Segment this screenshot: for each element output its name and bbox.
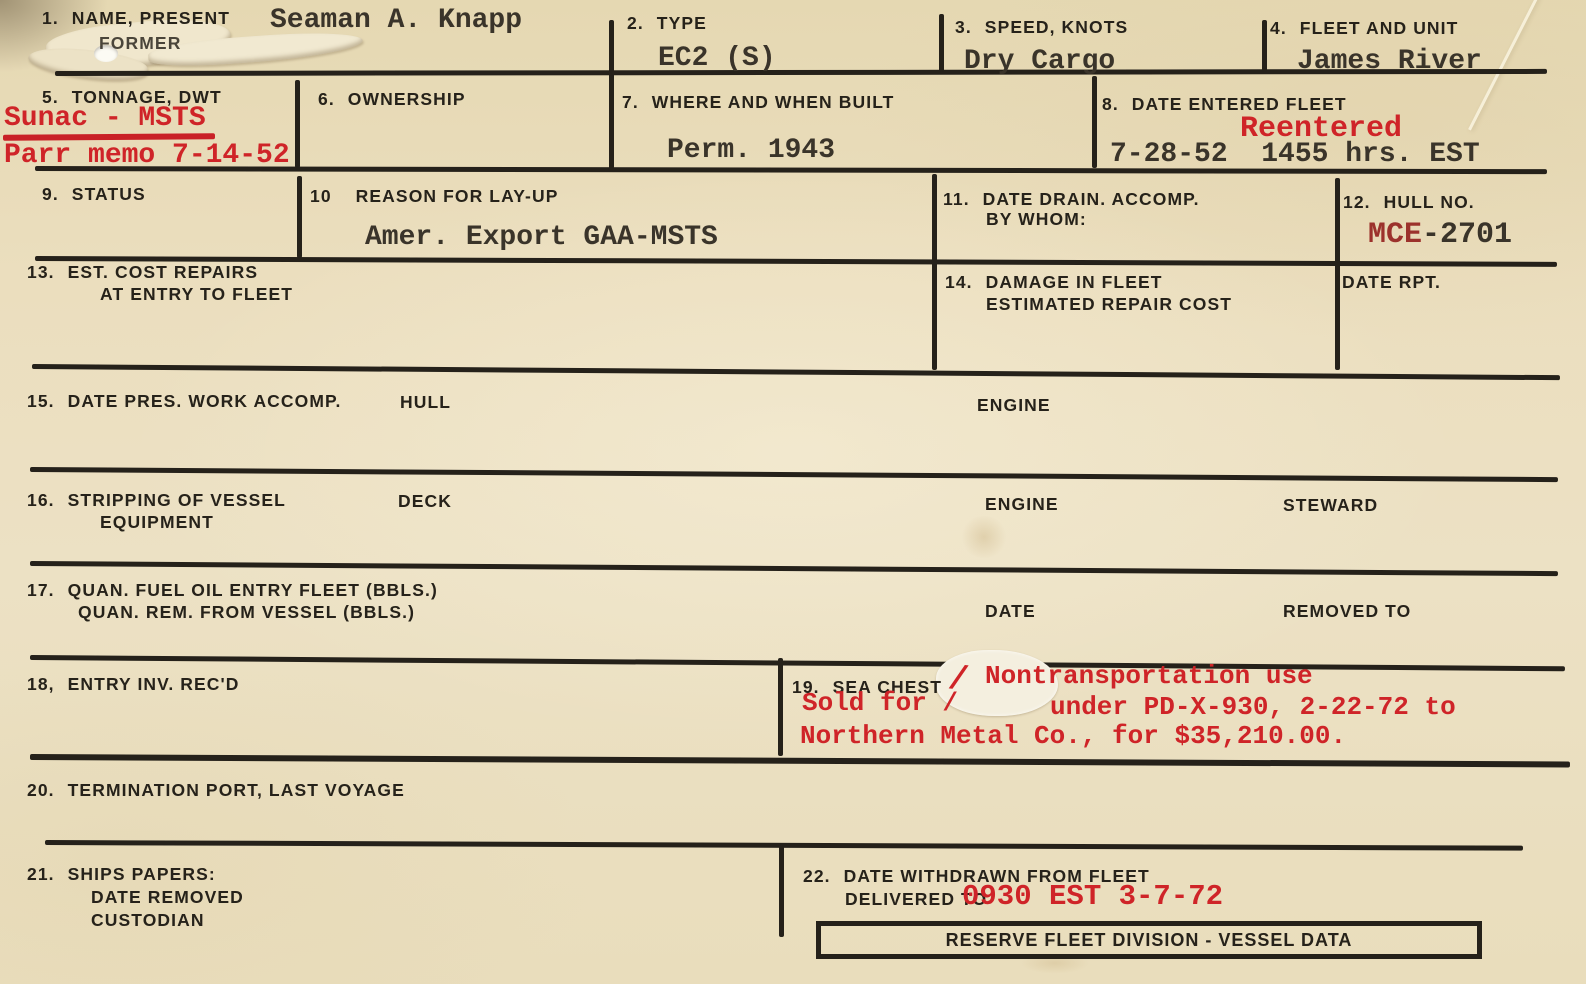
field-18-title: ENTRY INV. REC'D <box>68 674 240 694</box>
field-14-number: 14. <box>945 272 973 293</box>
field-17-col-date: DATE <box>985 601 1036 622</box>
field-16-label2: EQUIPMENT <box>100 512 214 533</box>
hull-no-prefix: MCE <box>1368 218 1422 252</box>
field-11-title: DATE DRAIN. ACCOMP. <box>983 189 1200 209</box>
field-22-stamp: 0930 EST 3-7-72 <box>962 880 1223 913</box>
field-18-number: 18, <box>27 674 55 695</box>
field-17-label2: QUAN. REM. FROM VESSEL (BBLS.) <box>78 602 415 623</box>
field-14-label2: ESTIMATED REPAIR COST <box>986 294 1232 315</box>
field-14-label: 14.DAMAGE IN FLEET <box>945 272 1163 293</box>
field-2-title: TYPE <box>657 13 707 33</box>
rule-under-row5 <box>30 467 1558 482</box>
field-7-number: 7. <box>622 92 639 113</box>
field-12-title: HULL NO. <box>1384 192 1475 212</box>
field-7-title: WHERE AND WHEN BUILT <box>652 92 895 112</box>
reserve-fleet-banner: RESERVE FLEET DIVISION - VESSEL DATA <box>816 921 1482 959</box>
divider-f2-f3 <box>939 14 944 72</box>
field-11-label: 11.DATE DRAIN. ACCOMP. <box>943 189 1200 210</box>
field-9-title: STATUS <box>72 184 146 204</box>
field-3-value: Dry Cargo <box>964 46 1115 77</box>
field-12-number: 12. <box>1343 192 1371 213</box>
field-2-label: 2.TYPE <box>627 13 707 34</box>
field-3-title: SPEED, KNOTS <box>985 17 1129 37</box>
divider-f10-f11 <box>932 174 937 370</box>
field-4-number: 4. <box>1270 18 1287 39</box>
rule-under-row3 <box>35 256 1557 267</box>
field-10-value: Amer. Export GAA-MSTS <box>365 222 718 253</box>
vessel-data-card: 1.NAME, PRESENT FORMER Seaman A. Knapp 2… <box>0 0 1586 984</box>
divider-f1-f2 <box>609 20 614 169</box>
field-1-number: 1. <box>42 8 59 29</box>
field-16-number: 16. <box>27 490 55 511</box>
hull-no-suffix: -2701 <box>1422 218 1512 252</box>
divider-f11-f12 <box>1335 178 1340 370</box>
field-11-number: 11. <box>943 189 970 210</box>
field-3-number: 3. <box>955 17 972 38</box>
field-17-label: 17.QUAN. FUEL OIL ENTRY FLEET (BBLS.) <box>27 580 438 601</box>
field-19-stamp-line2a: Sold for / <box>802 688 958 718</box>
field-13-number: 13. <box>27 262 55 283</box>
field-10-title: REASON FOR LAY-UP <box>356 186 559 206</box>
field-5-stamp-line1: Sunac - MSTS <box>4 103 206 134</box>
field-16-label: 16.STRIPPING OF VESSEL <box>27 490 286 511</box>
field-1-label: 1.NAME, PRESENT <box>42 8 230 29</box>
field-21-label3: CUSTODIAN <box>91 910 205 931</box>
divider-f18-f19 <box>778 658 783 756</box>
divider-f9-f10 <box>297 176 302 258</box>
field-19-stamp-line1: Nontransportation use <box>985 661 1313 691</box>
field-9-label: 9.STATUS <box>42 184 146 205</box>
field-22-number: 22. <box>803 866 831 887</box>
field-4-title: FLEET AND UNIT <box>1300 18 1459 38</box>
field-21-number: 21. <box>27 864 55 885</box>
field-1-title: NAME, PRESENT <box>72 8 230 28</box>
field-17-number: 17. <box>27 580 55 601</box>
field-21-title: SHIPS PAPERS: <box>68 864 216 884</box>
field-6-number: 6. <box>318 89 335 110</box>
field-15-col-engine: ENGINE <box>977 395 1051 416</box>
field-13-title: EST. COST REPAIRS <box>68 262 259 282</box>
field-3-label: 3.SPEED, KNOTS <box>955 17 1128 38</box>
divider-f5-f6 <box>295 80 300 168</box>
field-16-col-steward: STEWARD <box>1283 495 1378 516</box>
field-4-value: James River <box>1297 46 1482 77</box>
field-10-number: 10 <box>310 186 332 207</box>
date-rpt-label: DATE RPT. <box>1342 272 1441 293</box>
field-9-number: 9. <box>42 184 59 205</box>
field-8-title: DATE ENTERED FLEET <box>1132 94 1347 114</box>
field-21-label: 21.SHIPS PAPERS: <box>27 864 216 885</box>
divider-f3-f4 <box>1262 20 1267 72</box>
field-15-title: DATE PRES. WORK ACCOMP. <box>68 391 342 411</box>
divider-f21-f22 <box>779 845 784 937</box>
divider-f7-f8 <box>1092 76 1097 168</box>
field-20-title: TERMINATION PORT, LAST VOYAGE <box>68 780 405 800</box>
field-16-col-engine: ENGINE <box>985 494 1059 515</box>
field-12-label: 12.HULL NO. <box>1343 192 1475 213</box>
field-19-stamp-line2b: under PD-X-930, 2-22-72 to <box>1050 692 1456 722</box>
field-7-value: Perm. 1943 <box>667 135 835 166</box>
field-15-col-hull: HULL <box>400 392 451 413</box>
field-18-label: 18,ENTRY INV. REC'D <box>27 674 240 695</box>
field-12-value: MCE-2701 <box>1368 218 1512 252</box>
field-8-number: 8. <box>1102 94 1119 115</box>
field-13-label: 13.EST. COST REPAIRS <box>27 262 258 283</box>
field-8-value: 7-28-52 1455 hrs. EST <box>1110 139 1480 170</box>
field-13-label2: AT ENTRY TO FLEET <box>100 284 293 305</box>
field-16-title: STRIPPING OF VESSEL <box>68 490 286 510</box>
field-15-label: 15.DATE PRES. WORK ACCOMP. <box>27 391 342 412</box>
field-1-label-former: FORMER <box>99 33 181 54</box>
rule-under-row7 <box>30 655 1565 671</box>
field-11-label2: BY WHOM: <box>986 209 1087 230</box>
field-16-col-deck: DECK <box>398 491 452 512</box>
field-1-value: Seaman A. Knapp <box>270 5 522 36</box>
stain <box>960 516 1008 558</box>
field-6-label: 6.OWNERSHIP <box>318 89 466 110</box>
field-2-value: EC2 (S) <box>658 43 776 74</box>
field-19-stamp-line3: Northern Metal Co., for $35,210.00. <box>800 721 1346 751</box>
field-15-number: 15. <box>27 391 55 412</box>
rule-under-row4 <box>32 364 1560 380</box>
field-21-label2: DATE REMOVED <box>91 887 244 908</box>
field-7-label: 7.WHERE AND WHEN BUILT <box>622 92 894 113</box>
field-20-label: 20.TERMINATION PORT, LAST VOYAGE <box>27 780 405 801</box>
field-5-stamp-line2: Parr memo 7-14-52 <box>4 140 290 171</box>
field-14-title: DAMAGE IN FLEET <box>986 272 1163 292</box>
field-10-label: 10REASON FOR LAY-UP <box>310 186 558 207</box>
field-2-number: 2. <box>627 13 644 34</box>
field-17-title: QUAN. FUEL OIL ENTRY FLEET (BBLS.) <box>68 580 438 600</box>
field-17-col-removed-to: REMOVED TO <box>1283 601 1411 622</box>
field-4-label: 4.FLEET AND UNIT <box>1270 18 1458 39</box>
banner-text: RESERVE FLEET DIVISION - VESSEL DATA <box>946 930 1353 951</box>
field-6-title: OWNERSHIP <box>348 89 466 109</box>
field-20-number: 20. <box>27 780 55 801</box>
rule-under-row6 <box>30 561 1558 576</box>
rule-under-row8 <box>30 754 1570 768</box>
